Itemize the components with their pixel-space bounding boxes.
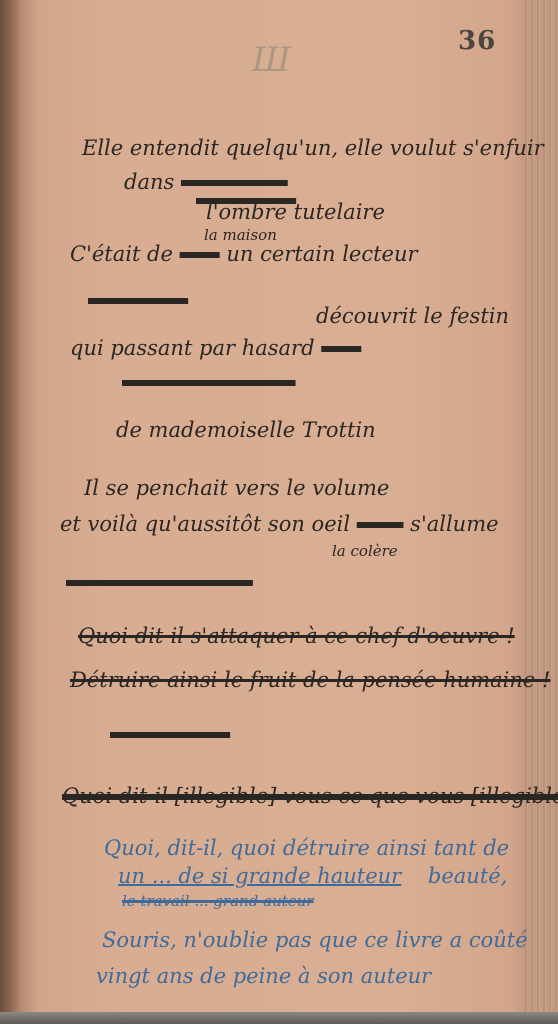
manuscript-line: un ... de si grande hauteur beauté, (118, 866, 507, 887)
manuscript-line: Il se penchait vers le volume (84, 478, 389, 499)
insertion-text: découvrit le festin (316, 306, 509, 327)
struck-text (88, 290, 188, 311)
scribbled-text (110, 724, 230, 745)
manuscript-line: de mademoiselle Trottin (116, 420, 376, 441)
scribbled-text (66, 572, 253, 593)
manuscript-line: C'était de un certain lecteur (70, 244, 418, 265)
insertion-text: l'ombre tutelaire (206, 202, 385, 223)
notebook-page: 36 Ш Elle entendit quelqu'un, elle voulu… (0, 0, 540, 1012)
struck-line: Détruire ainsi le fruit de la pensée hum… (70, 670, 550, 691)
manuscript-line: et voilà qu'aussitôt son oeil s'allume (60, 514, 499, 535)
scribbled-text (357, 512, 404, 536)
struck-text (181, 170, 288, 194)
manuscript-word: un certain lecteur (226, 242, 417, 266)
insertion-text: la maison (204, 228, 277, 243)
manuscript-line: qui passant par hasard (70, 338, 361, 359)
scribbled-text (122, 372, 296, 393)
manuscript-line: Souris, n'oublie pas que ce livre a coût… (102, 930, 528, 951)
pencil-mark: Ш (252, 40, 291, 80)
manuscript-line: vingt ans de peine à son auteur (96, 966, 431, 987)
manuscript-word: beauté, (428, 864, 507, 888)
manuscript-line: Elle entendit quelqu'un, elle voulut s'e… (82, 138, 544, 159)
scribbled-text (321, 336, 361, 360)
scribbled-line: Quoi dit-il [illegible] vous ce que vous… (62, 786, 558, 807)
page-number: 36 (458, 26, 496, 56)
underlined-text: un ... de si grande hauteur (118, 864, 401, 888)
manuscript-word: s'allume (410, 512, 498, 536)
struck-line: Quoi dit-il s'attaquer à ce chef d'oeuvr… (78, 626, 515, 647)
insertion-text: la colère (332, 544, 398, 559)
manuscript-word: dans (124, 170, 181, 194)
manuscript-word: et voilà qu'aussitôt son oeil (60, 512, 350, 536)
manuscript-word: qui passant par hasard (70, 336, 315, 360)
manuscript-line: Quoi, dit-il, quoi détruire ainsi tant d… (104, 838, 509, 859)
scan-background (0, 1012, 558, 1024)
manuscript-line: dans (124, 172, 288, 193)
struck-text (180, 242, 220, 266)
struck-text: le travail ... grand auteur (122, 894, 314, 909)
manuscript-word: C'était de (70, 242, 173, 266)
